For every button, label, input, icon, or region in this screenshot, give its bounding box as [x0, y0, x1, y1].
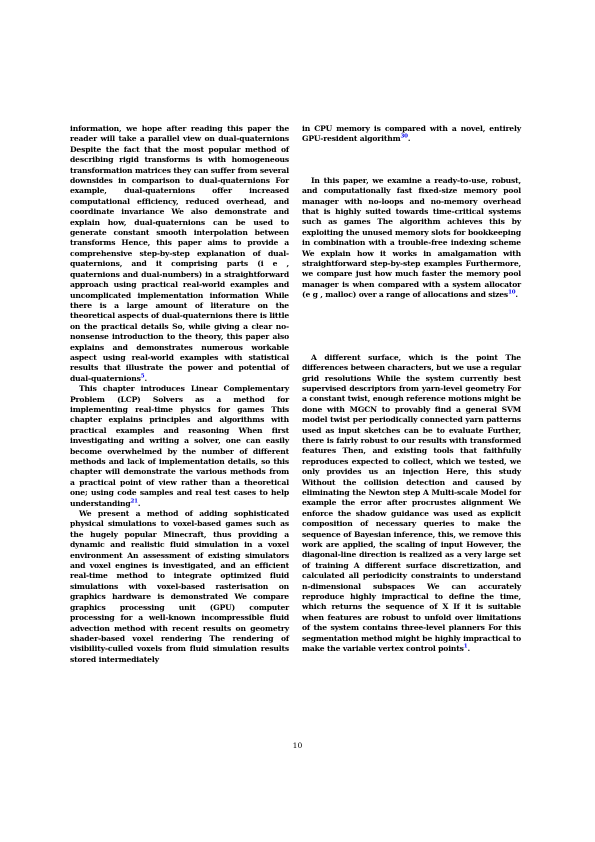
paragraph-gap: [302, 145, 521, 176]
citation-link[interactable]: 21: [130, 498, 137, 504]
left-column: information, we hope after reading this …: [70, 124, 289, 665]
sentence-end: .: [408, 134, 411, 143]
paragraph-continuation: in CPU memory is compared with a novel, …: [302, 124, 521, 145]
paper-page: information, we hope after reading this …: [0, 0, 595, 842]
sentence-end: .: [144, 374, 147, 383]
paragraph-text: A different surface, which is the point …: [302, 353, 521, 653]
paragraph-dual-quaternions: information, we hope after reading this …: [70, 124, 289, 384]
paragraph-text: in CPU memory is compared with a novel, …: [302, 124, 521, 143]
paragraph-text: This chapter introduces Linear Complemen…: [70, 384, 289, 507]
paragraph-text: We present a method of adding sophistica…: [70, 509, 289, 664]
paragraph-gap: [302, 301, 521, 353]
paragraph-lcp-solvers: This chapter introduces Linear Complemen…: [70, 384, 289, 509]
sentence-end: .: [467, 644, 470, 653]
paragraph-memory-pool: In this paper, we examine a ready-to-use…: [302, 176, 521, 301]
sentence-end: .: [138, 499, 141, 508]
right-column: in CPU memory is compared with a novel, …: [302, 124, 521, 654]
paragraph-voxel-fluids: We present a method of adding sophistica…: [70, 509, 289, 665]
citation-link[interactable]: 30: [400, 134, 407, 140]
sentence-end: .: [515, 290, 518, 299]
paragraph-yarn-surface: A different surface, which is the point …: [302, 353, 521, 655]
page-number: 10: [0, 741, 595, 750]
paragraph-text: information, we hope after reading this …: [70, 124, 289, 383]
paragraph-text: In this paper, we examine a ready-to-use…: [302, 176, 521, 299]
